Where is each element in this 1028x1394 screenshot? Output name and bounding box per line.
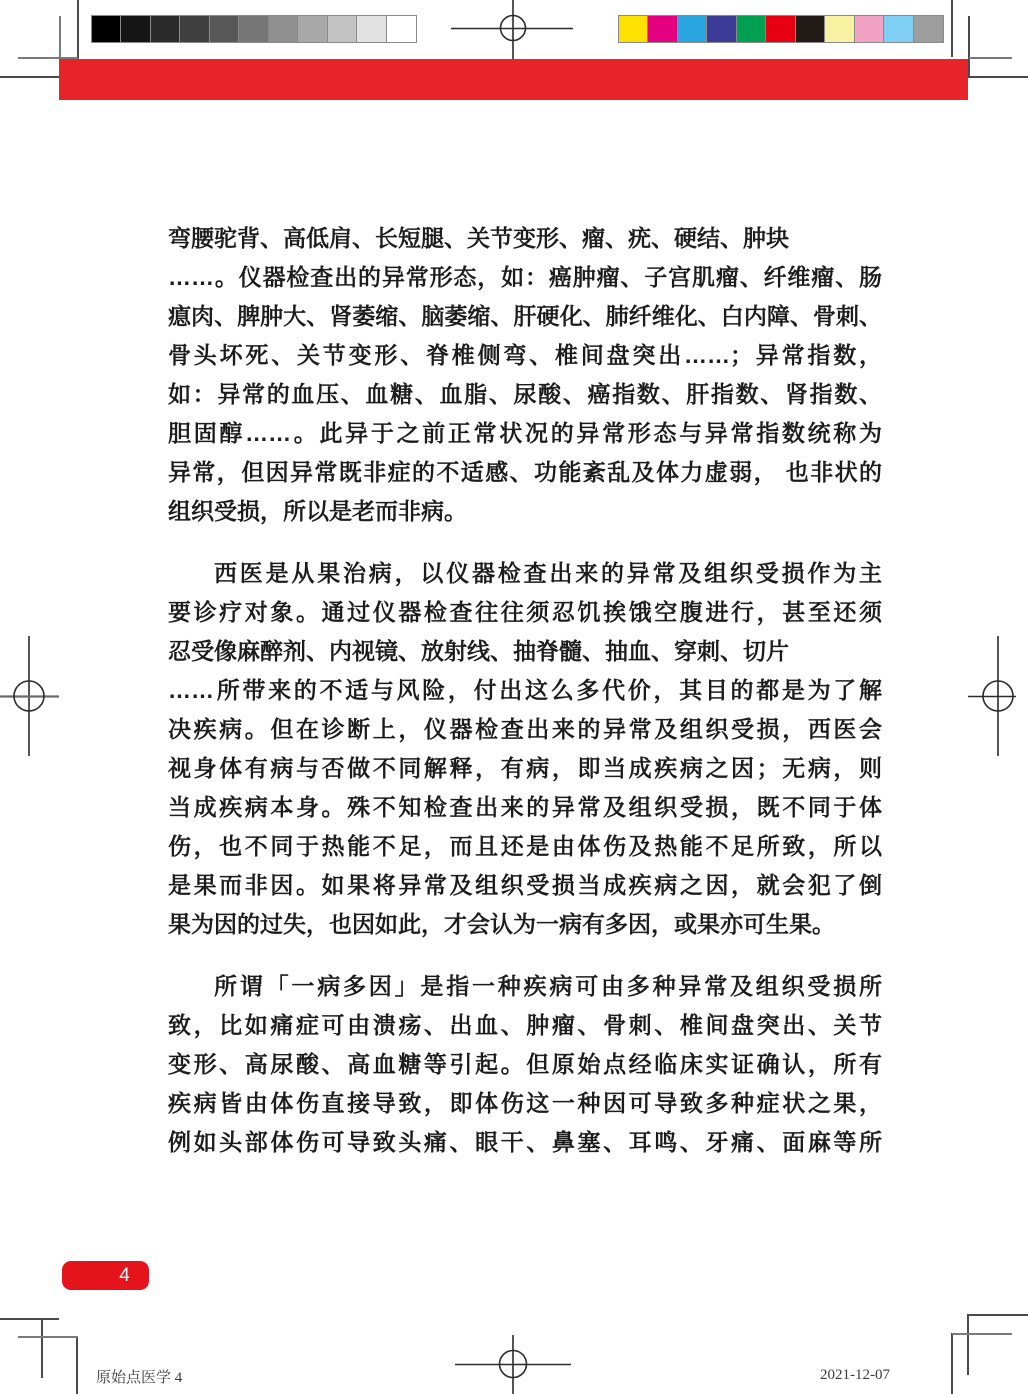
color-patch	[825, 16, 854, 42]
text-line: 决疾病。但在诊断上，仪器检查出来的异常及组织受损，西医会	[168, 710, 882, 749]
crop-mark-line	[967, 1314, 969, 1375]
color-patch	[619, 16, 648, 42]
page-number: 4	[119, 1265, 130, 1286]
color-patch	[884, 16, 913, 42]
crop-mark-line	[968, 76, 1028, 78]
page-number-badge: 4	[62, 1261, 149, 1290]
color-patch	[737, 16, 766, 42]
gray-patch	[92, 16, 121, 42]
color-patch	[648, 16, 677, 42]
color-patch	[678, 16, 707, 42]
gray-patch	[151, 16, 180, 42]
text-line: 例如头部体伤可导致头痛、眼干、鼻塞、耳鸣、牙痛、面麻等所	[168, 1123, 882, 1162]
gray-patch	[180, 16, 209, 42]
text-line: 弯腰驼背、高低肩、长短腿、关节变形、瘤、疣、硬结、肿块	[168, 219, 882, 258]
text-line: 骨头坏死、关节变形、脊椎侧弯、椎间盘突出……；异常指数，	[168, 336, 882, 375]
text-line: 伤，也不同于热能不足，而且还是由体伤及热能不足所致，所以	[168, 827, 882, 866]
gray-patch	[239, 16, 268, 42]
text-line: 忍受像麻醉剂、内视镜、放射线、抽脊髓、抽血、穿刺、切片	[168, 632, 882, 671]
color-patch	[914, 16, 943, 42]
text-line: 要诊疗对象。通过仪器检查往往须忍饥挨饿空腹进行，甚至还须	[168, 593, 882, 632]
gray-patch	[298, 16, 327, 42]
paragraph: 所谓「一病多因」是指一种疾病可由多种异常及组织受损所 致，比如痛症可由溃疡、出血…	[168, 967, 882, 1162]
gray-patch	[387, 16, 416, 42]
registration-mark-icon	[966, 636, 1028, 758]
color-patch	[855, 16, 884, 42]
crop-mark-line	[968, 16, 970, 77]
color-patch	[766, 16, 795, 42]
gray-patch	[269, 16, 298, 42]
text-line: 致，比如痛症可由溃疡、出血、肿瘤、骨刺、椎间盘突出、关节	[168, 1006, 882, 1045]
crop-mark-line	[968, 1314, 1028, 1316]
crop-mark-line	[969, 57, 1012, 59]
text-line: ……。仪器检查出的异常形态，如：癌肿瘤、子宫肌瘤、纤维瘤、肠	[168, 258, 882, 297]
color-patch	[707, 16, 736, 42]
text-line: 异常，但因异常既非症的不适感、功能紊乱及体力虚弱， 也非状的	[168, 453, 882, 492]
text-line: 瘜肉、脾肿大、肾萎缩、脑萎缩、肝硬化、肺纤维化、白内障、骨刺、	[168, 297, 882, 336]
text-line: 疾病皆由体伤直接导致，即体伤这一种因可导致多种症状之果，	[168, 1084, 882, 1123]
text-line: 所谓「一病多因」是指一种疾病可由多种异常及组织受损所	[168, 967, 882, 1006]
crop-mark-line	[18, 1336, 78, 1338]
text-line: 如：异常的血压、血糖、血脂、尿酸、癌指数、肝指数、肾指数、	[168, 375, 882, 414]
crop-mark-line	[0, 76, 59, 78]
gray-patch	[121, 16, 150, 42]
registration-mark-icon	[451, 0, 575, 62]
crop-mark-line	[951, 1333, 953, 1394]
text-line: 果为因的过失，也因如此，才会认为一病有多因，或果亦可生果。	[168, 905, 882, 944]
red-banner	[59, 59, 968, 100]
text-line: 是果而非因。如果将异常及组织受损当成疾病之因，就会犯了倒	[168, 866, 882, 905]
crop-mark-line	[951, 0, 953, 57]
scanned-book-page: 弯腰驼背、高低肩、长短腿、关节变形、瘤、疣、硬结、肿块 ……。仪器检查出的异常形…	[0, 0, 1028, 1394]
gray-patch	[328, 16, 357, 42]
paragraph: 弯腰驼背、高低肩、长短腿、关节变形、瘤、疣、硬结、肿块 ……。仪器检查出的异常形…	[168, 219, 882, 531]
text-line: 变形、高尿酸、高血糖等引起。但原始点经临床实证确认，所有	[168, 1045, 882, 1084]
text-line: 西医是从果治病，以仪器检查出来的异常及组织受损作为主	[168, 554, 882, 593]
crop-mark-line	[41, 1318, 43, 1378]
text-line: 当成疾病本身。殊不知检查出来的异常及组织受损，既不同于体	[168, 788, 882, 827]
footer-book-title: 原始点医学 4	[96, 1366, 182, 1387]
gray-patch	[357, 16, 386, 42]
color-calibration-bar	[618, 15, 944, 43]
text-line: ……所带来的不适与风险，付出这么多代价，其目的都是为了解	[168, 671, 882, 710]
grayscale-calibration-bar	[91, 15, 417, 43]
crop-mark-line	[952, 1333, 1012, 1335]
crop-mark-line	[76, 1336, 78, 1394]
text-line: 胆固醇……。此异于之前正常状况的异常形态与异常指数统称为	[168, 414, 882, 453]
footer-date: 2021-12-07	[820, 1367, 890, 1384]
crop-mark-line	[0, 1318, 59, 1320]
registration-mark-icon	[451, 1335, 575, 1394]
body-text: 弯腰驼背、高低肩、长短腿、关节变形、瘤、疣、硬结、肿块 ……。仪器检查出的异常形…	[168, 219, 882, 1162]
text-line: 组织受损，所以是老而非病。	[168, 492, 882, 531]
gray-patch	[210, 16, 239, 42]
paragraph: 西医是从果治病，以仪器检查出来的异常及组织受损作为主 要诊疗对象。通过仪器检查往…	[168, 554, 882, 944]
registration-mark-icon	[0, 636, 62, 758]
text-line: 视身体有病与否做不同解释，有病，即当成疾病之因；无病，则	[168, 749, 882, 788]
color-patch	[796, 16, 825, 42]
